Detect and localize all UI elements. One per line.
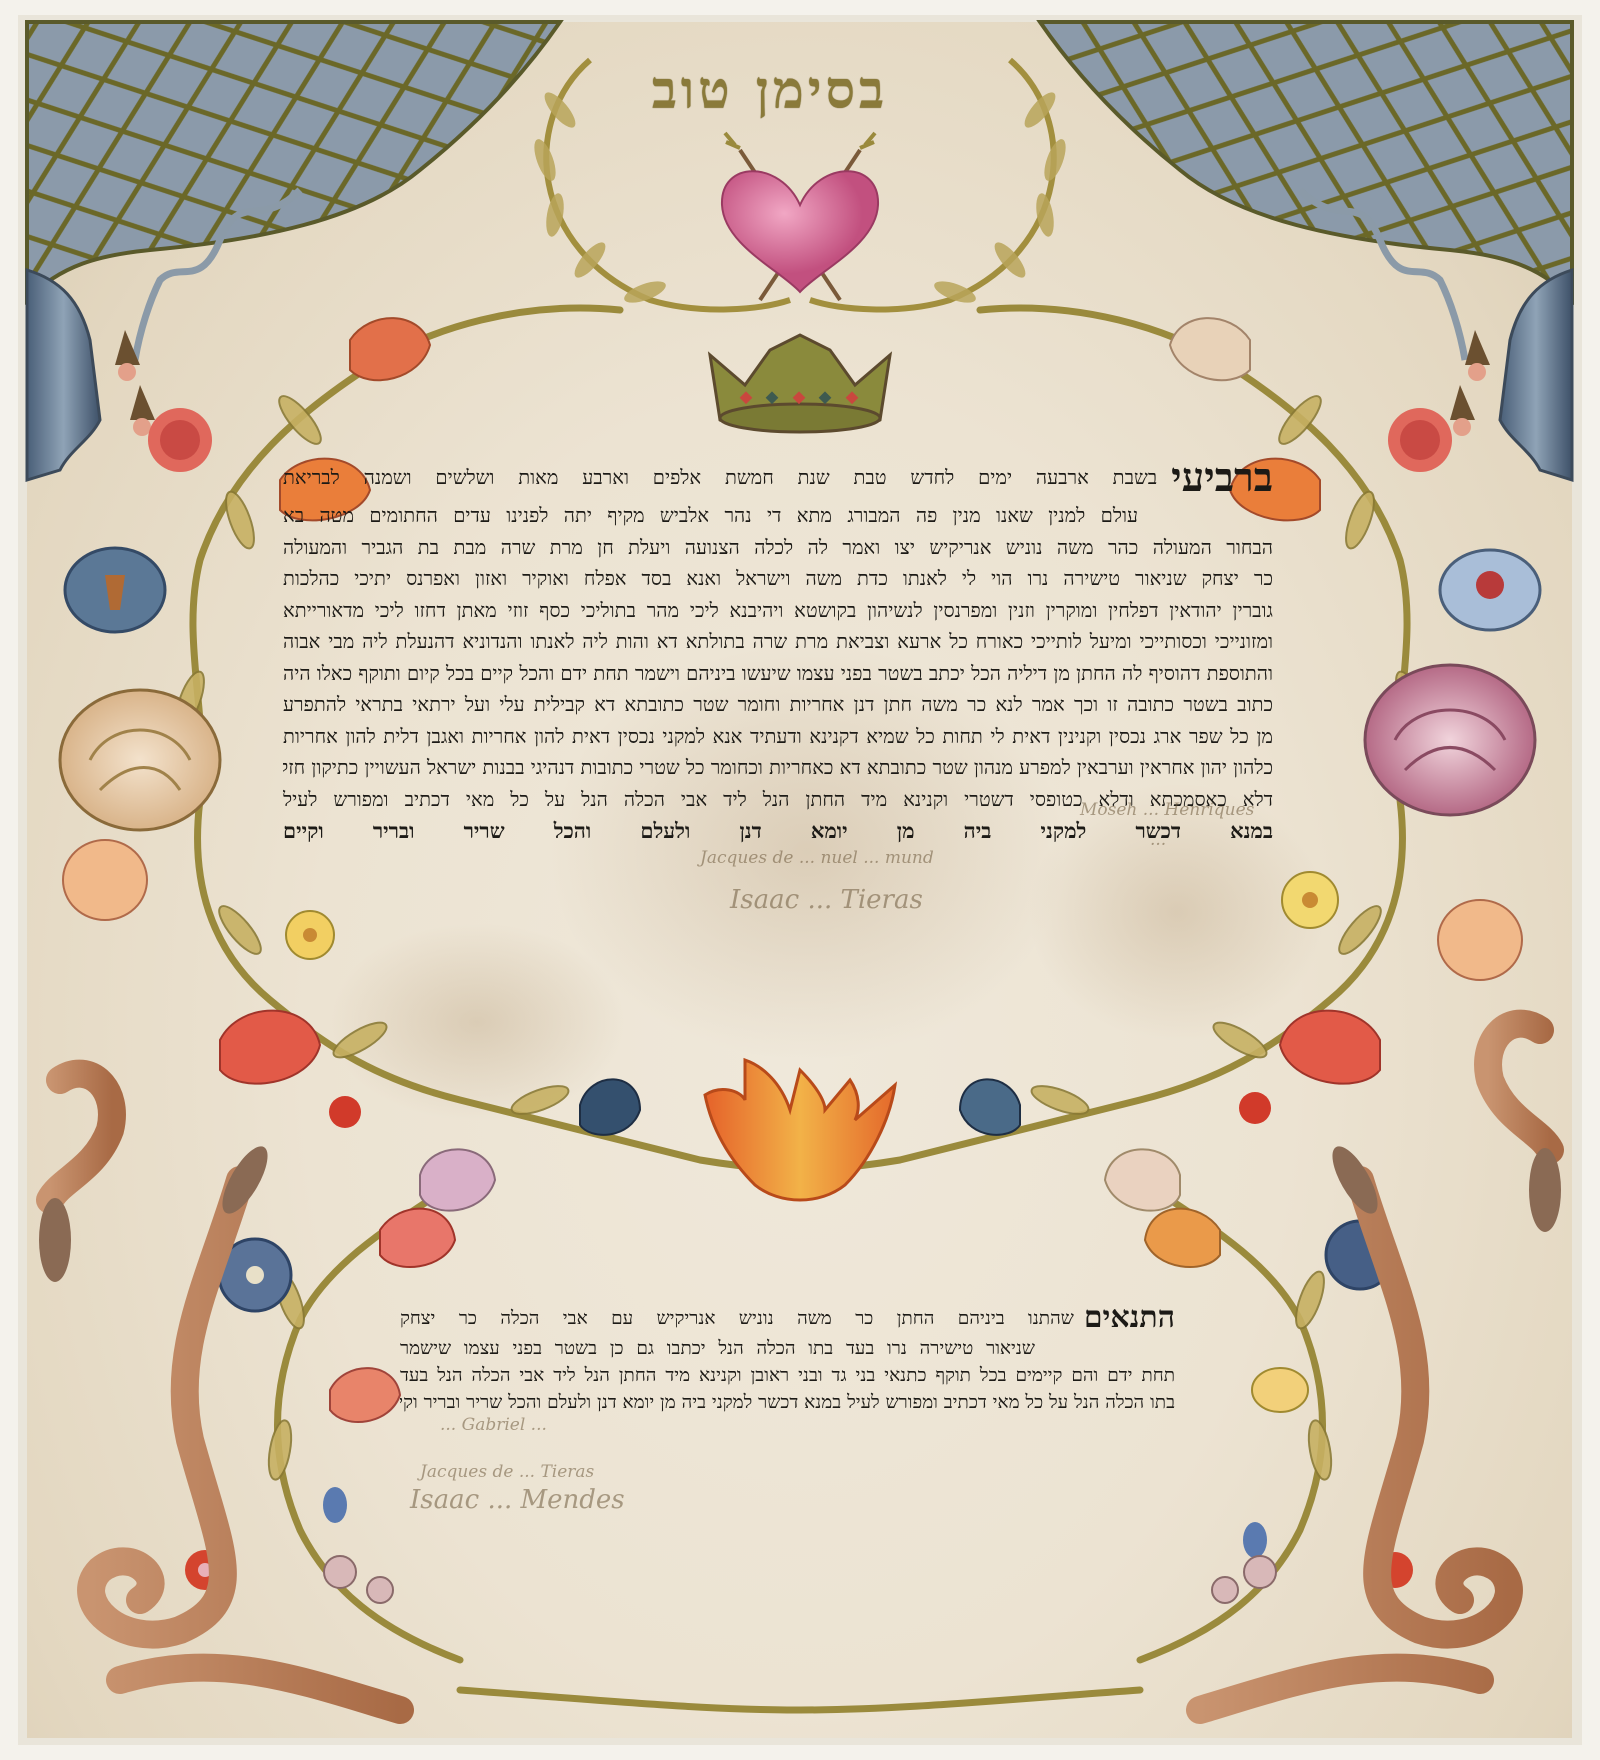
text-line-6: ומזונייכי וכסותייכי ומיעל לותייכי כאורח … — [283, 626, 1273, 658]
curtain-left — [27, 22, 560, 300]
tulip-icon — [220, 1011, 320, 1084]
rose-icon — [1365, 665, 1535, 815]
pink-tulip-icon — [420, 1149, 495, 1210]
text-line-7: והתוספת דהוסיף לה החתן מן דיליה הכל יכתב… — [283, 658, 1273, 690]
yellow-flower-icon — [286, 911, 334, 959]
tenaim-line-4: בתו הכלה הנל על כל מאי דכתיב ומפורש לעיל… — [400, 1389, 1175, 1416]
blue-flower-icon — [65, 548, 165, 632]
signature-witness-1-name: Isaac ... Tieras — [730, 885, 923, 915]
text-line-3: הבחור המעולה כהר משה נוניש אנריקיש יצו ו… — [283, 532, 1273, 564]
signature-witness-1: Jacques de ... nuel ... mund — [700, 848, 934, 868]
curtain-right — [1040, 22, 1572, 300]
tulip-icon — [330, 1368, 400, 1422]
peach-bud-icon — [63, 840, 147, 920]
red-flower-icon — [329, 1096, 361, 1128]
text-line-9: מן כל שפר ארג נכסין וקנינין דאית לי תחות… — [283, 721, 1273, 753]
tulip-icon — [1170, 318, 1250, 380]
carnation-icon — [148, 408, 212, 472]
curtain-drape-left — [27, 270, 100, 480]
tassel-icon — [1450, 385, 1475, 436]
peach-bud-icon — [1438, 900, 1522, 980]
red-flower-icon — [1239, 1092, 1271, 1124]
text-line-2: עולם למנין שאנו מנין פה המבורג מתא די נה… — [283, 500, 1273, 532]
tassel-icon — [1465, 330, 1490, 381]
tulip-icon — [1145, 1209, 1220, 1267]
text-line-4: כר יצחק שניאור טישירה נרו הוי לי לאנתו כ… — [283, 563, 1273, 595]
signature-witness-2-name: ... — [1150, 830, 1166, 850]
tulip-icon — [350, 318, 430, 380]
crown-icon — [710, 335, 890, 432]
small-pink-flower-icon — [324, 1556, 393, 1603]
tulip-icon — [1280, 1011, 1380, 1084]
text-line-10: כלהון יהון אחראין וערבאין למפרע מנהון שט… — [283, 752, 1273, 784]
tenaim-text: התנאיםשהתנו ביניהם החתן כר משה נוניש אנר… — [400, 1305, 1175, 1416]
central-tulip-icon — [705, 1060, 895, 1200]
tenaim-line-2: שניאור טישירה נרו בעד בתו הכלה הנל יכתבו… — [400, 1335, 1175, 1362]
pink-tulip-icon — [1105, 1149, 1180, 1210]
illumination — [0, 0, 1600, 1760]
navy-tulip-icon — [960, 1079, 1020, 1135]
tassel-icon — [39, 1198, 71, 1282]
title-be-siman-tov: בסימן טוב — [620, 60, 920, 121]
rose-icon — [60, 690, 220, 830]
text-line-8: כתוב בשטר כתובה זו וכך אמר לנא כר משה חת… — [283, 689, 1273, 721]
signature-lower-2: Jacques de ... Tieras — [420, 1462, 594, 1482]
opening-word: ברביעי — [1171, 462, 1273, 500]
blue-bud-icon — [1243, 1522, 1267, 1558]
yellow-flower-icon — [1282, 872, 1338, 928]
blue-flower-icon — [1440, 550, 1540, 630]
tulip-icon — [380, 1209, 455, 1267]
yellow-bud-icon — [1252, 1368, 1308, 1412]
tenaim-line-3: תחת ידם והם קיימים בכל תוקף כתנאי בני גד… — [400, 1362, 1175, 1389]
signature-lower-1: ... Gabriel ... — [440, 1415, 547, 1435]
navy-tulip-icon — [580, 1079, 640, 1135]
blue-bud-icon — [323, 1487, 347, 1523]
tassel-icon — [1529, 1148, 1561, 1232]
tenaim-opening-word: התנאים — [1084, 1305, 1175, 1335]
signature-lower-3: Isaac ... Mendes — [410, 1485, 625, 1515]
signature-witness-2: Moseh ... Henriques — [1080, 800, 1254, 820]
curtain-drape-right — [1500, 270, 1572, 480]
text-line-5: גוברין יהודאין דפלחין ומוקרין וזנין ומפר… — [283, 595, 1273, 627]
tenaim-line-1: התנאיםשהתנו ביניהם החתן כר משה נוניש אנר… — [400, 1305, 1175, 1335]
ketubah-main-text: ברביעיבשבת ארבעה ימים לחדש טבת שנת חמשת … — [283, 462, 1273, 847]
carnation-icon — [1388, 408, 1452, 472]
text-line-1: ברביעיבשבת ארבעה ימים לחדש טבת שנת חמשת … — [283, 462, 1273, 500]
ribbon-scroll-right — [1200, 1024, 1550, 1710]
small-pink-flower-icon — [1212, 1556, 1276, 1603]
heart-with-arrows-icon — [722, 133, 878, 300]
